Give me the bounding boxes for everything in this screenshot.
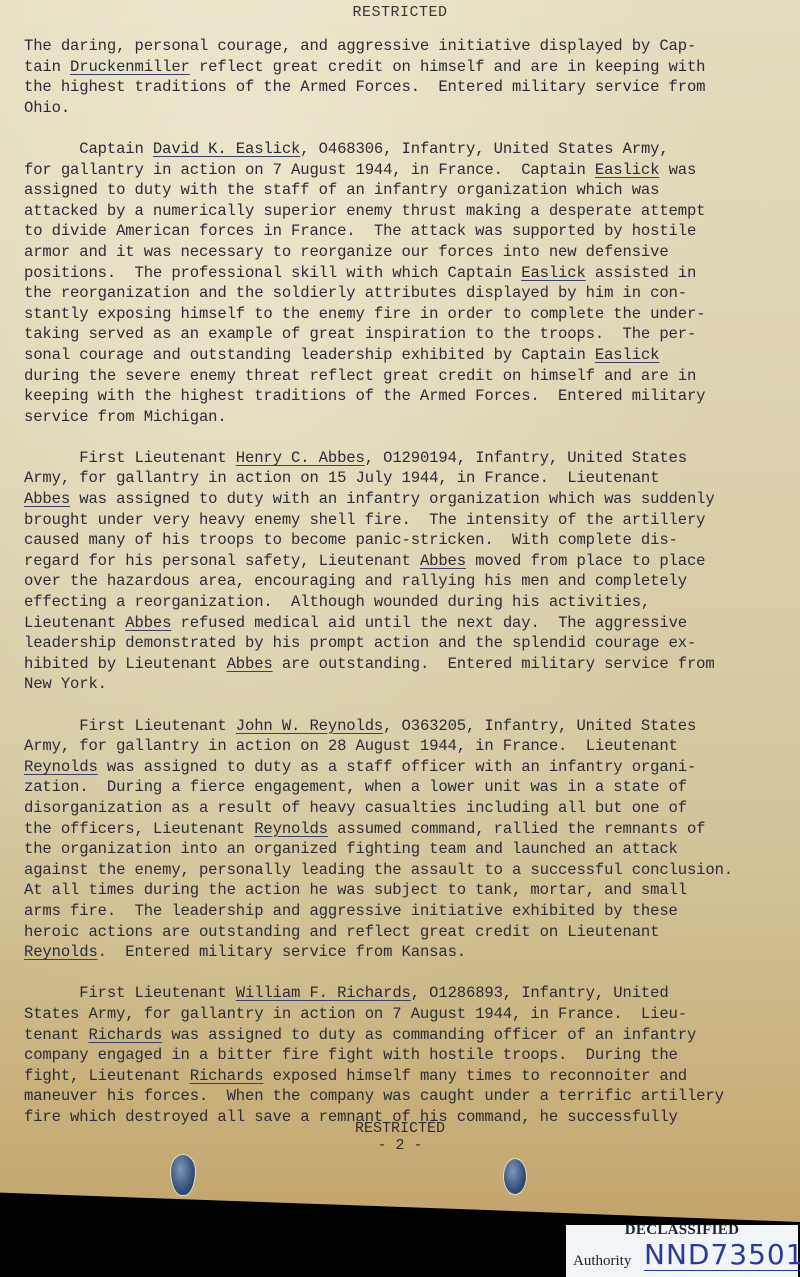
punch-hole-icon — [170, 1154, 196, 1196]
text-line: heroic actions are outstanding and refle… — [24, 922, 794, 943]
underlined-name: Henry C. Abbes — [236, 449, 365, 467]
text-line: New York. — [24, 674, 794, 695]
text-line: arms fire. The leadership and aggressive… — [24, 901, 794, 922]
text-line: positions. The professional skill with w… — [24, 263, 794, 284]
text-line: leadership demonstrated by his prompt ac… — [24, 633, 794, 654]
text-line: Ohio. — [24, 98, 794, 119]
stamp-authority-label: Authority — [573, 1253, 631, 1270]
text-line: Army, for gallantry in action on 15 July… — [24, 468, 794, 489]
paragraph-druckenmiller: The daring, personal courage, and aggres… — [24, 36, 794, 118]
text-line: Abbes was assigned to duty with an infan… — [24, 489, 794, 510]
declassification-stamp: DECLASSIFIED Authority NND735017 — [566, 1225, 798, 1277]
text-line: sonal courage and outstanding leadership… — [24, 345, 794, 366]
underlined-name: Easlick — [521, 264, 585, 282]
text-line: disorganization as a result of heavy cas… — [24, 798, 794, 819]
text-line: over the hazardous area, encouraging and… — [24, 571, 794, 592]
text-line: The daring, personal courage, and aggres… — [24, 36, 794, 57]
underlined-name: Abbes — [125, 614, 171, 632]
underlined-name: Reynolds — [24, 758, 98, 776]
stamp-title: DECLASSIFIED — [566, 1222, 798, 1239]
text-line: service from Michigan. — [24, 407, 794, 428]
text-line: against the enemy, personally leading th… — [24, 860, 794, 881]
text-line: effecting a reorganization. Although wou… — [24, 592, 794, 613]
text-line: the reorganization and the soldierly att… — [24, 283, 794, 304]
text-line: company engaged in a bitter fire fight w… — [24, 1045, 794, 1066]
page-number: - 2 - — [0, 1137, 800, 1154]
underlined-name: Druckenmiller — [70, 58, 190, 76]
text-line: Captain David K. Easlick, O468306, Infan… — [24, 139, 794, 160]
stamp-authority-value: NND735017 — [644, 1240, 800, 1271]
text-line: the officers, Lieutenant Reynolds assume… — [24, 819, 794, 840]
text-line: assigned to duty with the staff of an in… — [24, 180, 794, 201]
text-line: keeping with the highest traditions of t… — [24, 386, 794, 407]
underlined-name: Abbes — [227, 655, 273, 673]
punch-hole-icon — [503, 1158, 527, 1195]
text-line: caused many of his troops to become pani… — [24, 530, 794, 551]
text-line: taking served as an example of great ins… — [24, 324, 794, 345]
text-line: hibited by Lieutenant Abbes are outstand… — [24, 654, 794, 675]
text-line: the organization into an organized fight… — [24, 839, 794, 860]
underlined-name: David K. Easlick — [153, 140, 300, 158]
text-line: the highest traditions of the Armed Forc… — [24, 77, 794, 98]
underlined-name: Reynolds — [24, 943, 98, 961]
text-line: Lieutenant Abbes refused medical aid unt… — [24, 613, 794, 634]
text-line: First Lieutenant William F. Richards, O1… — [24, 983, 794, 1004]
text-line: First Lieutenant John W. Reynolds, O3632… — [24, 716, 794, 737]
paragraph-easlick: Captain David K. Easlick, O468306, Infan… — [24, 139, 794, 427]
paragraph-reynolds: First Lieutenant John W. Reynolds, O3632… — [24, 716, 794, 963]
header-classification-marking: RESTRICTED — [0, 4, 800, 21]
text-line: attacked by a numerically superior enemy… — [24, 201, 794, 222]
text-line: to divide American forces in France. The… — [24, 221, 794, 242]
document-page: RESTRICTED The daring, personal courage,… — [0, 0, 800, 1222]
text-line: armor and it was necessary to reorganize… — [24, 242, 794, 263]
underlined-name: Abbes — [24, 490, 70, 508]
underlined-name: William F. Richards — [236, 984, 411, 1002]
citation-body: The daring, personal courage, and aggres… — [24, 36, 794, 1127]
text-line: tain Druckenmiller reflect great credit … — [24, 57, 794, 78]
paragraph-richards: First Lieutenant William F. Richards, O1… — [24, 983, 794, 1127]
text-line: for gallantry in action on 7 August 1944… — [24, 160, 794, 181]
text-line: regard for his personal safety, Lieutena… — [24, 551, 794, 572]
underlined-name: Reynolds — [254, 820, 328, 838]
underlined-name: Easlick — [595, 161, 659, 179]
text-line: Army, for gallantry in action on 28 Augu… — [24, 736, 794, 757]
underlined-name: Richards — [190, 1067, 264, 1085]
text-line: zation. During a fierce engagement, when… — [24, 777, 794, 798]
text-line: Reynolds was assigned to duty as a staff… — [24, 757, 794, 778]
underlined-name: Abbes — [420, 552, 466, 570]
underlined-name: John W. Reynolds — [236, 717, 383, 735]
text-line: maneuver his forces. When the company wa… — [24, 1086, 794, 1107]
paragraph-abbes: First Lieutenant Henry C. Abbes, O129019… — [24, 448, 794, 695]
text-line: fight, Lieutenant Richards exposed himse… — [24, 1066, 794, 1087]
text-line: First Lieutenant Henry C. Abbes, O129019… — [24, 448, 794, 469]
underlined-name: Easlick — [595, 346, 659, 364]
text-line: At all times during the action he was su… — [24, 880, 794, 901]
text-line: Reynolds. Entered military service from … — [24, 942, 794, 963]
text-line: brought under very heavy enemy shell fir… — [24, 510, 794, 531]
underlined-name: Richards — [88, 1026, 162, 1044]
text-line: tenant Richards was assigned to duty as … — [24, 1025, 794, 1046]
text-line: States Army, for gallantry in action on … — [24, 1004, 794, 1025]
footer: RESTRICTED - 2 - — [0, 1120, 800, 1154]
text-line: stantly exposing himself to the enemy fi… — [24, 304, 794, 325]
text-line: during the severe enemy threat reflect g… — [24, 366, 794, 387]
footer-classification-marking: RESTRICTED — [0, 1120, 800, 1137]
